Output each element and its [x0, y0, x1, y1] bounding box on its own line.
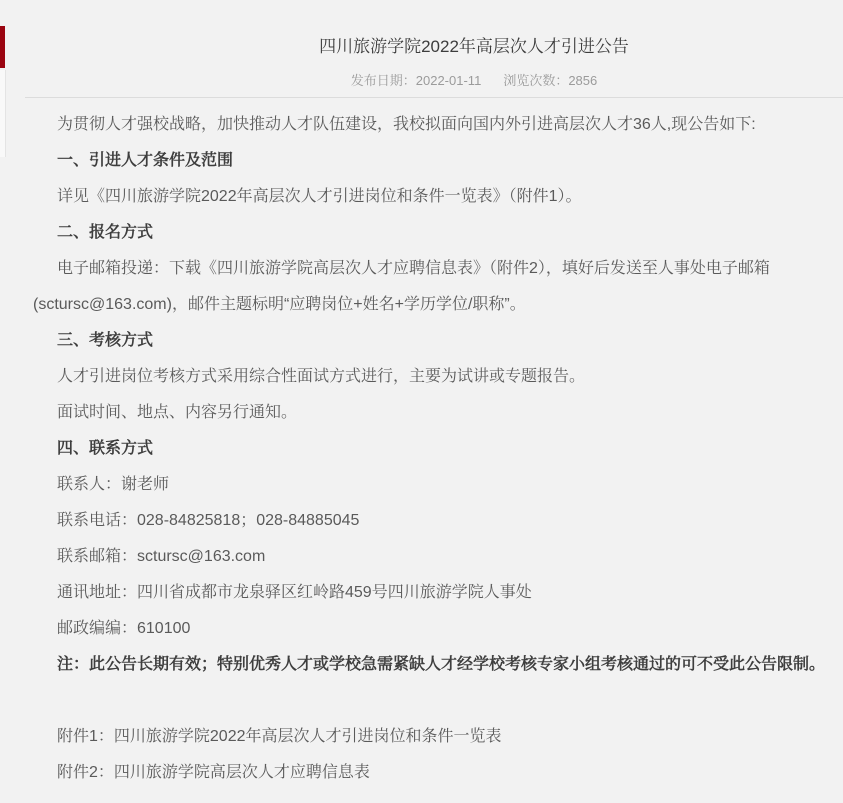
body-paragraph: 联系电话：028-84825818；028-84885045	[33, 503, 843, 539]
attachment-label: 附件1：	[57, 728, 114, 745]
attachment-link[interactable]: 附件1：四川旅游学院2022年高层次人才引进岗位和条件一览表	[33, 719, 843, 755]
body-paragraph: 联系人：谢老师	[33, 467, 843, 503]
publish-date-value: 2022-01-11	[416, 73, 482, 88]
section-heading: 一、引进人才条件及范围	[33, 143, 843, 179]
meta-row: 发布日期：2022-01-11浏览次数：2856	[25, 73, 843, 89]
views-count: 2856	[568, 73, 597, 88]
body-paragraph: 邮政编编：610100	[33, 611, 843, 647]
section-heading: 二、报名方式	[33, 215, 843, 251]
views-label: 浏览次数：	[503, 73, 568, 88]
attachment-label: 附件2：	[57, 764, 114, 781]
red-accent-bar	[0, 26, 5, 68]
body-paragraph: 人才引进岗位考核方式采用综合性面试方式进行，主要为试讲或专题报告。	[33, 359, 843, 395]
section-heading: 注：此公告长期有效；特别优秀人才或学校急需紧缺人才经学校考核专家小组考核通过的可…	[33, 647, 843, 683]
announcement-page: { "page": { "background": "#f2f2f2", "ac…	[0, 0, 843, 803]
section-heading: 三、考核方式	[33, 323, 843, 359]
left-panel-edge	[0, 70, 6, 157]
body-paragraph: 详见《四川旅游学院2022年高层次人才引进岗位和条件一览表》（附件1）。	[33, 179, 843, 215]
body-paragraph: 面试时间、地点、内容另行通知。	[33, 395, 843, 431]
attachment-title: 四川旅游学院2022年高层次人才引进岗位和条件一览表	[114, 728, 502, 745]
body-paragraph: 通讯地址：四川省成都市龙泉驿区红岭路459号四川旅游学院人事处	[33, 575, 843, 611]
announcement-content: 四川旅游学院2022年高层次人才引进公告 发布日期：2022-01-11浏览次数…	[25, 0, 843, 791]
body-paragraph: (sctursc@163.com)，邮件主题标明“应聘岗位+姓名+学历学位/职称…	[33, 287, 843, 323]
body-paragraph: 联系邮箱：sctursc@163.com	[33, 539, 843, 575]
blank-line	[33, 683, 843, 719]
attachment-title: 四川旅游学院高层次人才应聘信息表	[114, 764, 370, 781]
attachment-link[interactable]: 附件2：四川旅游学院高层次人才应聘信息表	[33, 755, 843, 791]
section-heading: 四、联系方式	[33, 431, 843, 467]
body-paragraph: 电子邮箱投递：下载《四川旅游学院高层次人才应聘信息表》（附件2），填好后发送至人…	[33, 251, 843, 287]
header-divider	[25, 97, 843, 98]
page-title: 四川旅游学院2022年高层次人才引进公告	[25, 0, 843, 59]
announcement-body: 为贯彻人才强校战略，加快推动人才队伍建设，我校拟面向国内外引进高层次人才36人,…	[25, 107, 843, 791]
publish-date-label: 发布日期：	[351, 73, 416, 88]
body-paragraph: 为贯彻人才强校战略，加快推动人才队伍建设，我校拟面向国内外引进高层次人才36人,…	[33, 107, 843, 143]
